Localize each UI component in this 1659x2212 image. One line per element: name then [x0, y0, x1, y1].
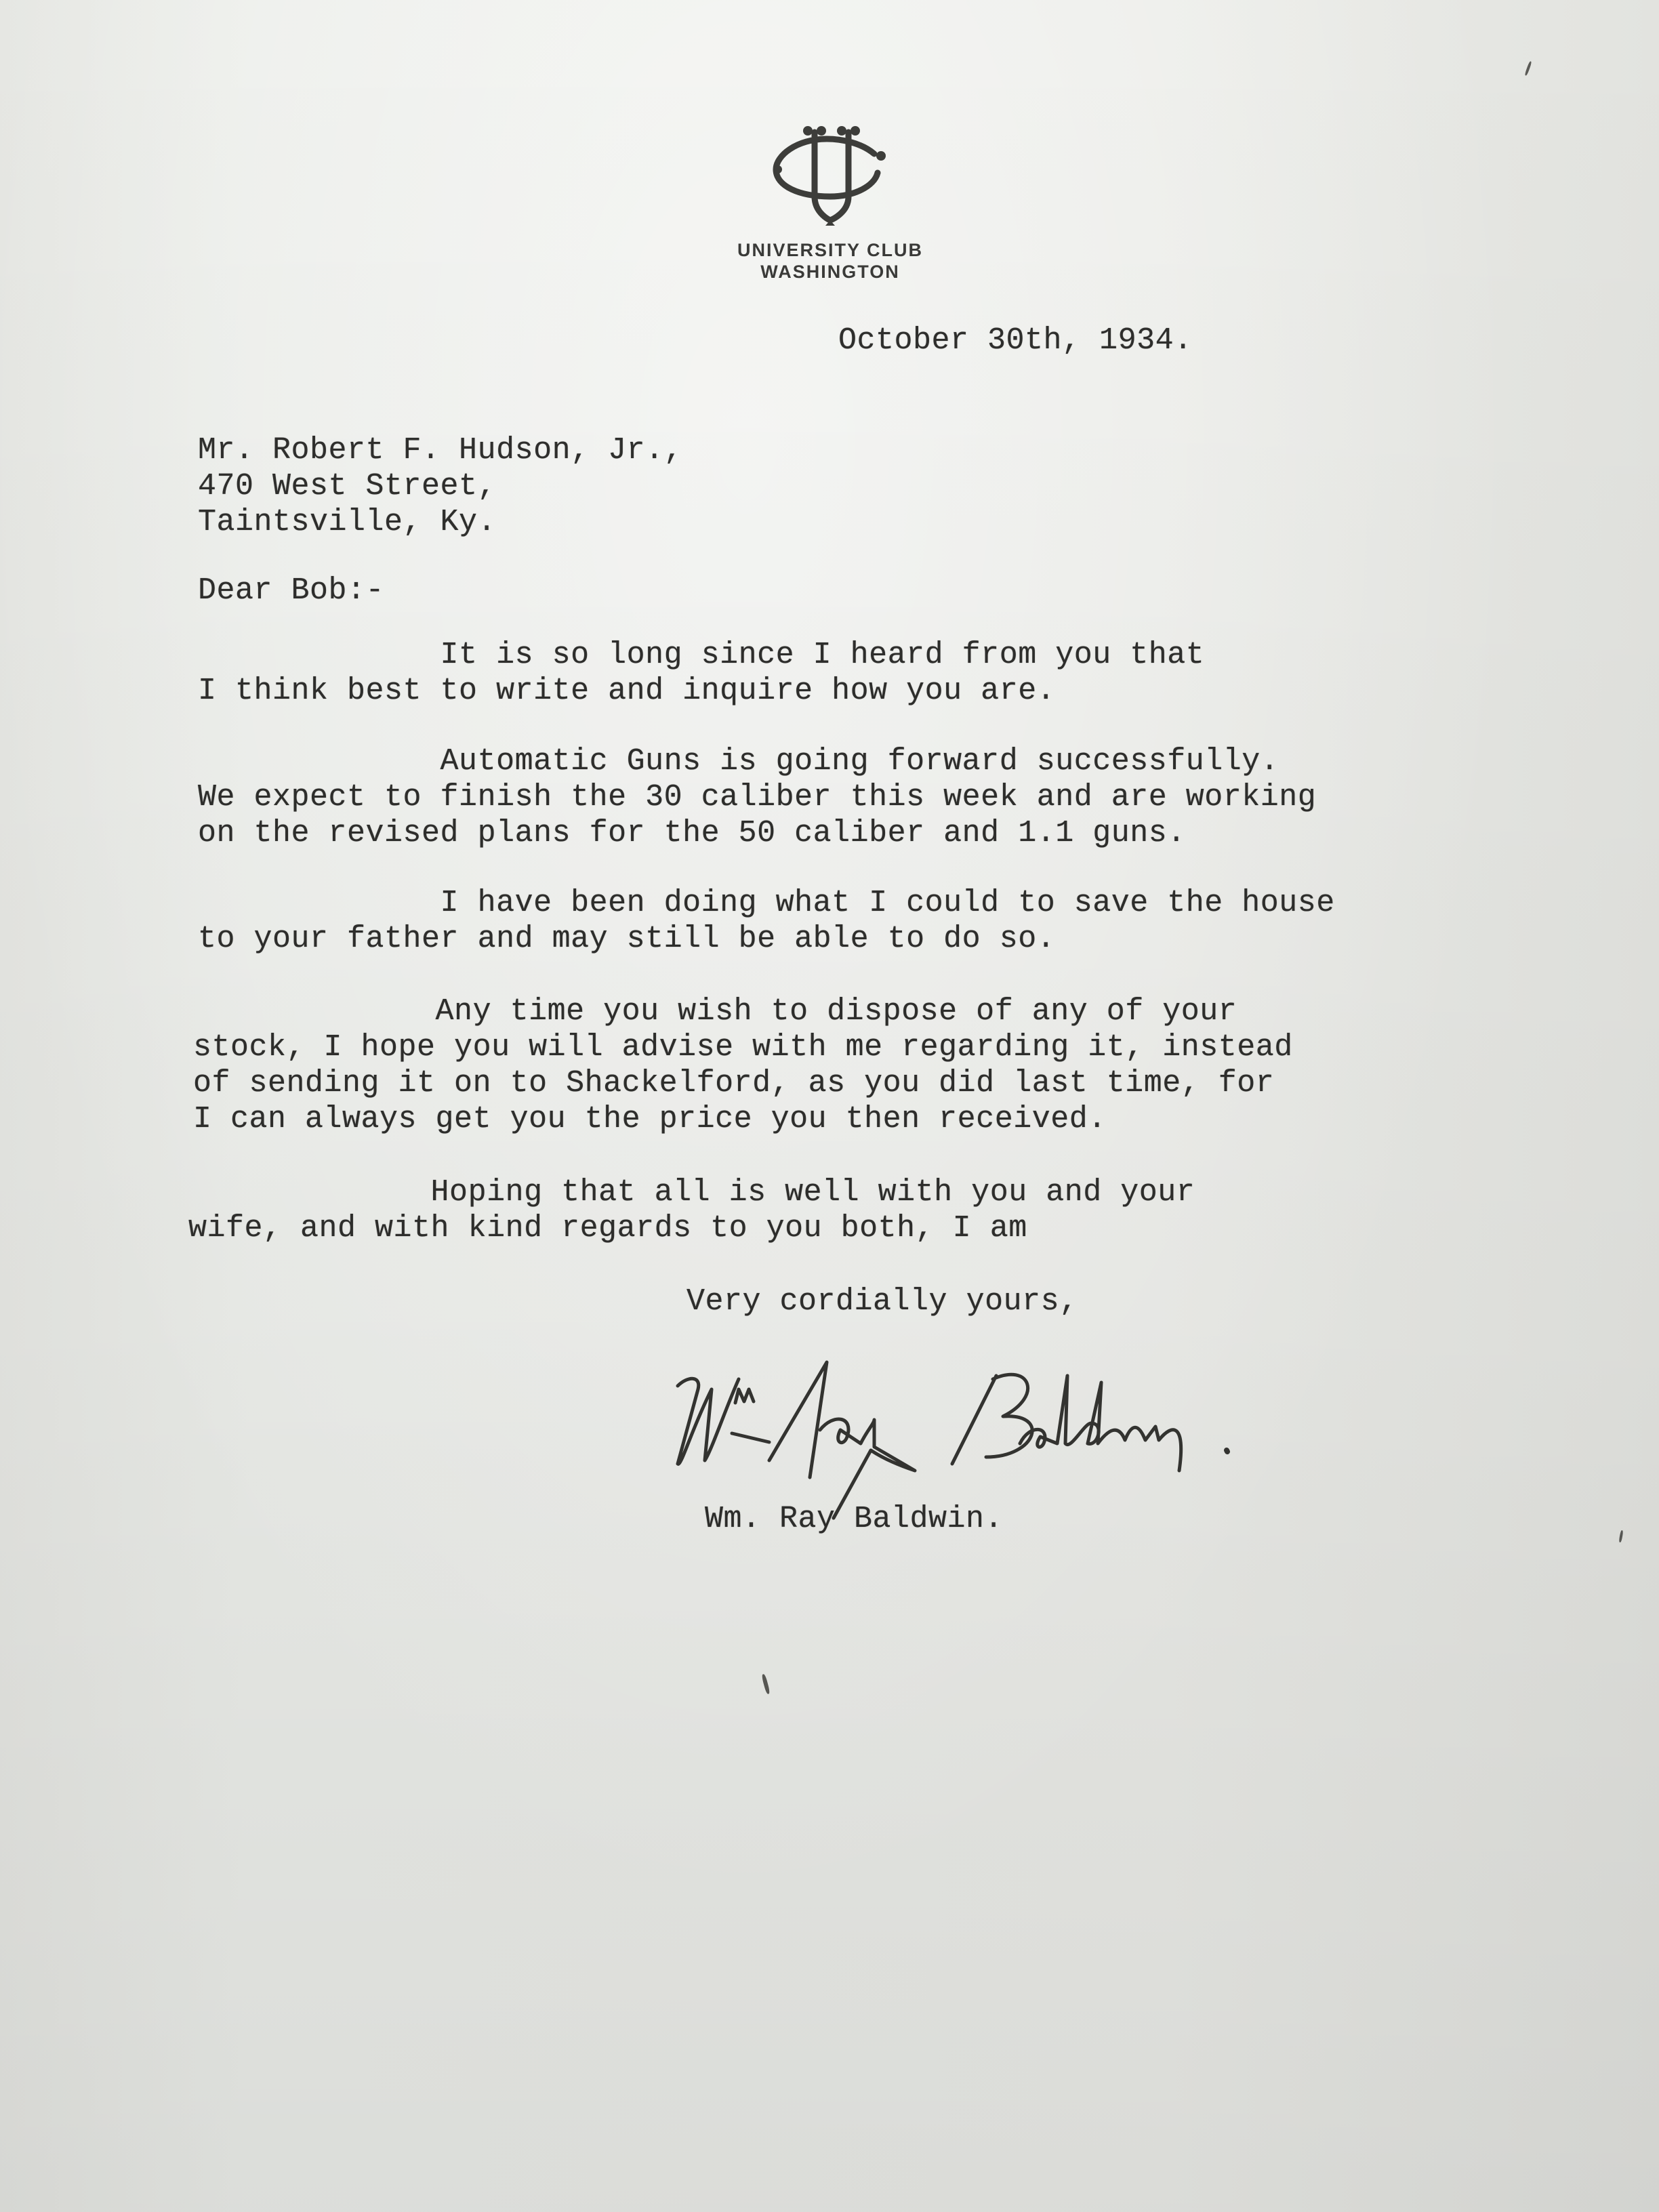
salutation: Dear Bob:-: [198, 573, 384, 609]
paragraph-4: Any time you wish to dispose of any of y…: [193, 994, 1293, 1137]
paragraph-line: Hoping that all is well with you and you…: [188, 1174, 1195, 1210]
club-city: WASHINGTON: [691, 261, 969, 283]
letter-date: October 30th, 1934.: [838, 323, 1193, 359]
paragraph-line: Any time you wish to dispose of any of y…: [193, 994, 1293, 1029]
recipient-address: Mr. Robert F. Hudson, Jr.,470 West Stree…: [198, 432, 682, 540]
paragraph-line: I have been doing what I could to save t…: [198, 885, 1335, 921]
club-name: UNIVERSITY CLUB: [691, 239, 969, 261]
paragraph-1: It is so long since I heard from you tha…: [198, 637, 1204, 709]
paragraph-line: wife, and with kind regards to you both,…: [188, 1210, 1195, 1246]
paragraph-line: I can always get you the price you then …: [193, 1101, 1293, 1137]
paragraph-line: stock, I hope you will advise with me re…: [193, 1029, 1293, 1065]
paragraph-5: Hoping that all is well with you and you…: [188, 1174, 1195, 1246]
recipient-name: Mr. Robert F. Hudson, Jr.,: [198, 432, 682, 468]
paper-speck: [1618, 1530, 1623, 1542]
paragraph-line: We expect to finish the 30 caliber this …: [198, 779, 1316, 815]
letterhead: UNIVERSITY CLUB WASHINGTON: [691, 119, 969, 283]
paper-speck: [1524, 61, 1532, 76]
complimentary-close: Very cordially yours,: [687, 1284, 1078, 1319]
paragraph-2: Automatic Guns is going forward successf…: [198, 743, 1316, 851]
recipient-street: 470 West Street,: [198, 468, 682, 504]
paragraph-3: I have been doing what I could to save t…: [198, 885, 1335, 957]
handwritten-signature: Wm Ray Baldwin.: [651, 1349, 1410, 1525]
university-club-monogram-icon: [766, 119, 895, 227]
typed-signature-name: Wm. Ray Baldwin.: [705, 1501, 1003, 1537]
letter-page: UNIVERSITY CLUB WASHINGTON October 30th,…: [0, 0, 1659, 2212]
paragraph-line: It is so long since I heard from you tha…: [198, 637, 1204, 673]
paragraph-line: Automatic Guns is going forward successf…: [198, 743, 1316, 779]
recipient-city: Taintsville, Ky.: [198, 504, 682, 540]
paragraph-line: of sending it on to Shackelford, as you …: [193, 1065, 1293, 1101]
paragraph-line: I think best to write and inquire how yo…: [198, 673, 1204, 709]
paragraph-line: to your father and may still be able to …: [198, 921, 1335, 957]
paragraph-line: on the revised plans for the 50 caliber …: [198, 815, 1316, 851]
paper-speck: [761, 1674, 771, 1695]
